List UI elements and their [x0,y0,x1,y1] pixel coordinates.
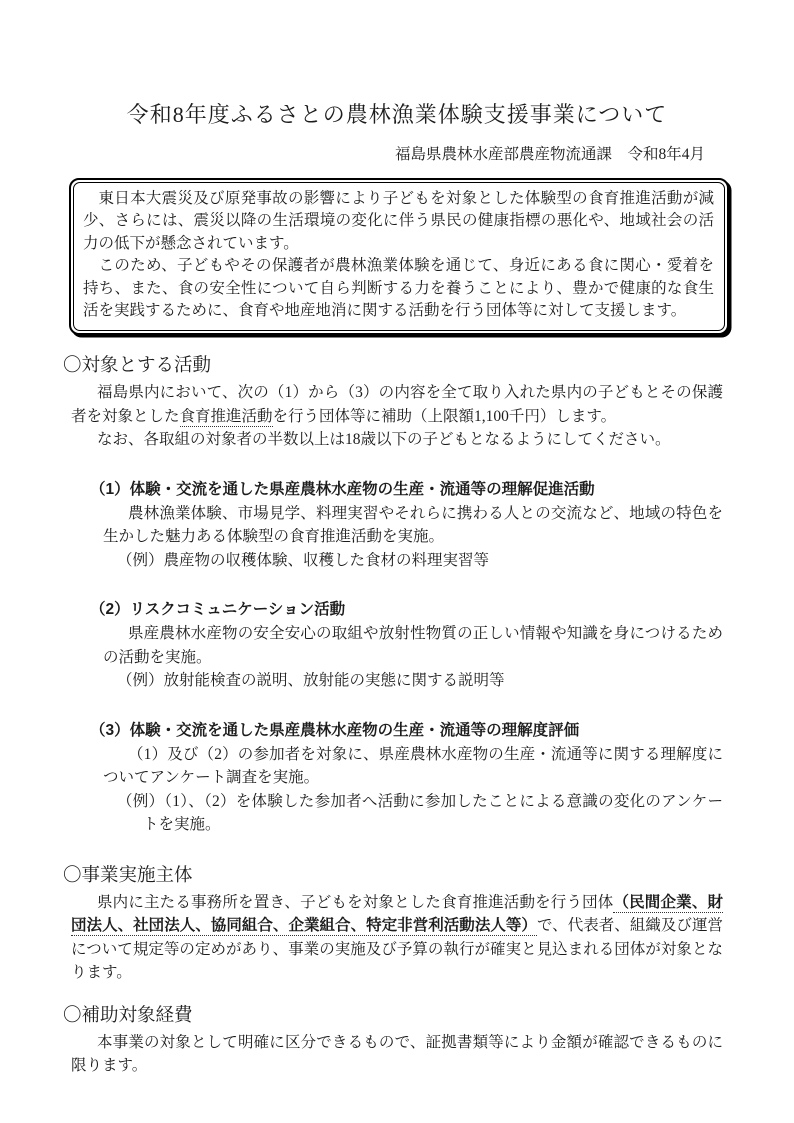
target-activities-paragraph-1: 福島県内において、次の（1）から（3）の内容を全て取り入れた県内の子どもとその保… [71,381,723,428]
expenses-paragraph: 本事業の対象として明確に区分できるもので、証拠書類等により金額が確認できるものに… [71,1031,723,1078]
activity-item-2-heading: （2）リスクコミュニケーション活動 [90,598,731,622]
activity-item-3-body: （1）及び（2）の参加者を対象に、県産農林水産物の生産・流通等に関する理解度につ… [103,743,723,790]
activity-item-1-heading: （1）体験・交流を通した県産農林水産物の生産・流通等の理解促進活動 [90,478,731,502]
section-heading-expenses: 〇補助対象経費 [63,1003,731,1029]
text-segment: 県内に主たる事務所を置き、子どもを対象とした食育推進活動を行う団体 [97,894,613,911]
activity-item-3-heading: （3）体験・交流を通した県産農林水産物の生産・流通等の理解度評価 [90,719,731,743]
activity-item-3-example: （例）（1）、（2）を体験した参加者へ活動に参加したことによる意識の変化のアンケ… [143,790,723,837]
section-heading-target-activities: 〇対象とする活動 [63,353,731,379]
activity-item-1-example: （例）農産物の収穫体験、収穫した食材の料理実習等 [143,549,723,573]
activity-item-1-body: 農林漁業体験、市場見学、料理実習やそれらに携わる人との交流など、地域の特色を生か… [103,502,723,549]
summary-box: 東日本大震災及び原発事故の影響により子どもを対象とした体験型の食育推進活動が減少… [69,178,729,335]
activity-item-2: （2）リスクコミュニケーション活動 県産農林水産物の安全安心の取組や放射性物質の… [90,598,731,693]
activity-item-3: （3）体験・交流を通した県産農林水産物の生産・流通等の理解度評価 （1）及び（2… [90,719,731,837]
summary-box-inner: 東日本大震災及び原発事故の影響により子どもを対象とした体験型の食育推進活動が減少… [73,182,725,331]
text-segment: を行う団体等に補助（上限額1,100千円）します。 [273,408,617,425]
underlined-term: 食育推進活動 [180,408,273,427]
activity-item-1: （1）体験・交流を通した県産農林水産物の生産・流通等の理解促進活動 農林漁業体験… [90,478,731,573]
section-heading-implementer: 〇事業実施主体 [63,863,731,889]
implementer-paragraph: 県内に主たる事務所を置き、子どもを対象とした食育推進活動を行う団体（民間企業、財… [71,891,723,985]
document-byline: 福島県農林水産部農産物流通課 令和8年4月 [63,144,731,166]
document-page: 令和8年度ふるさとの農林漁業体験支援事業について 福島県農林水産部農産物流通課 … [0,0,794,1123]
summary-paragraph-2: このため、子どもやその保護者が農林漁業体験を通じて、身近にある食に関心・愛着を持… [83,255,714,322]
target-activities-paragraph-2: なお、各取組の対象者の半数以上は18歳以下の子どもとなるようにしてください。 [71,428,723,452]
activity-item-2-body: 県産農林水産物の安全安心の取組や放射性物質の正しい情報や知識を身につけるための活… [103,622,723,669]
page-title: 令和8年度ふるさとの農林漁業体験支援事業について [63,100,731,130]
activity-item-2-example: （例）放射能検査の説明、放射能の実態に関する説明等 [143,669,723,693]
summary-paragraph-1: 東日本大震災及び原発事故の影響により子どもを対象とした体験型の食育推進活動が減少… [83,188,714,255]
